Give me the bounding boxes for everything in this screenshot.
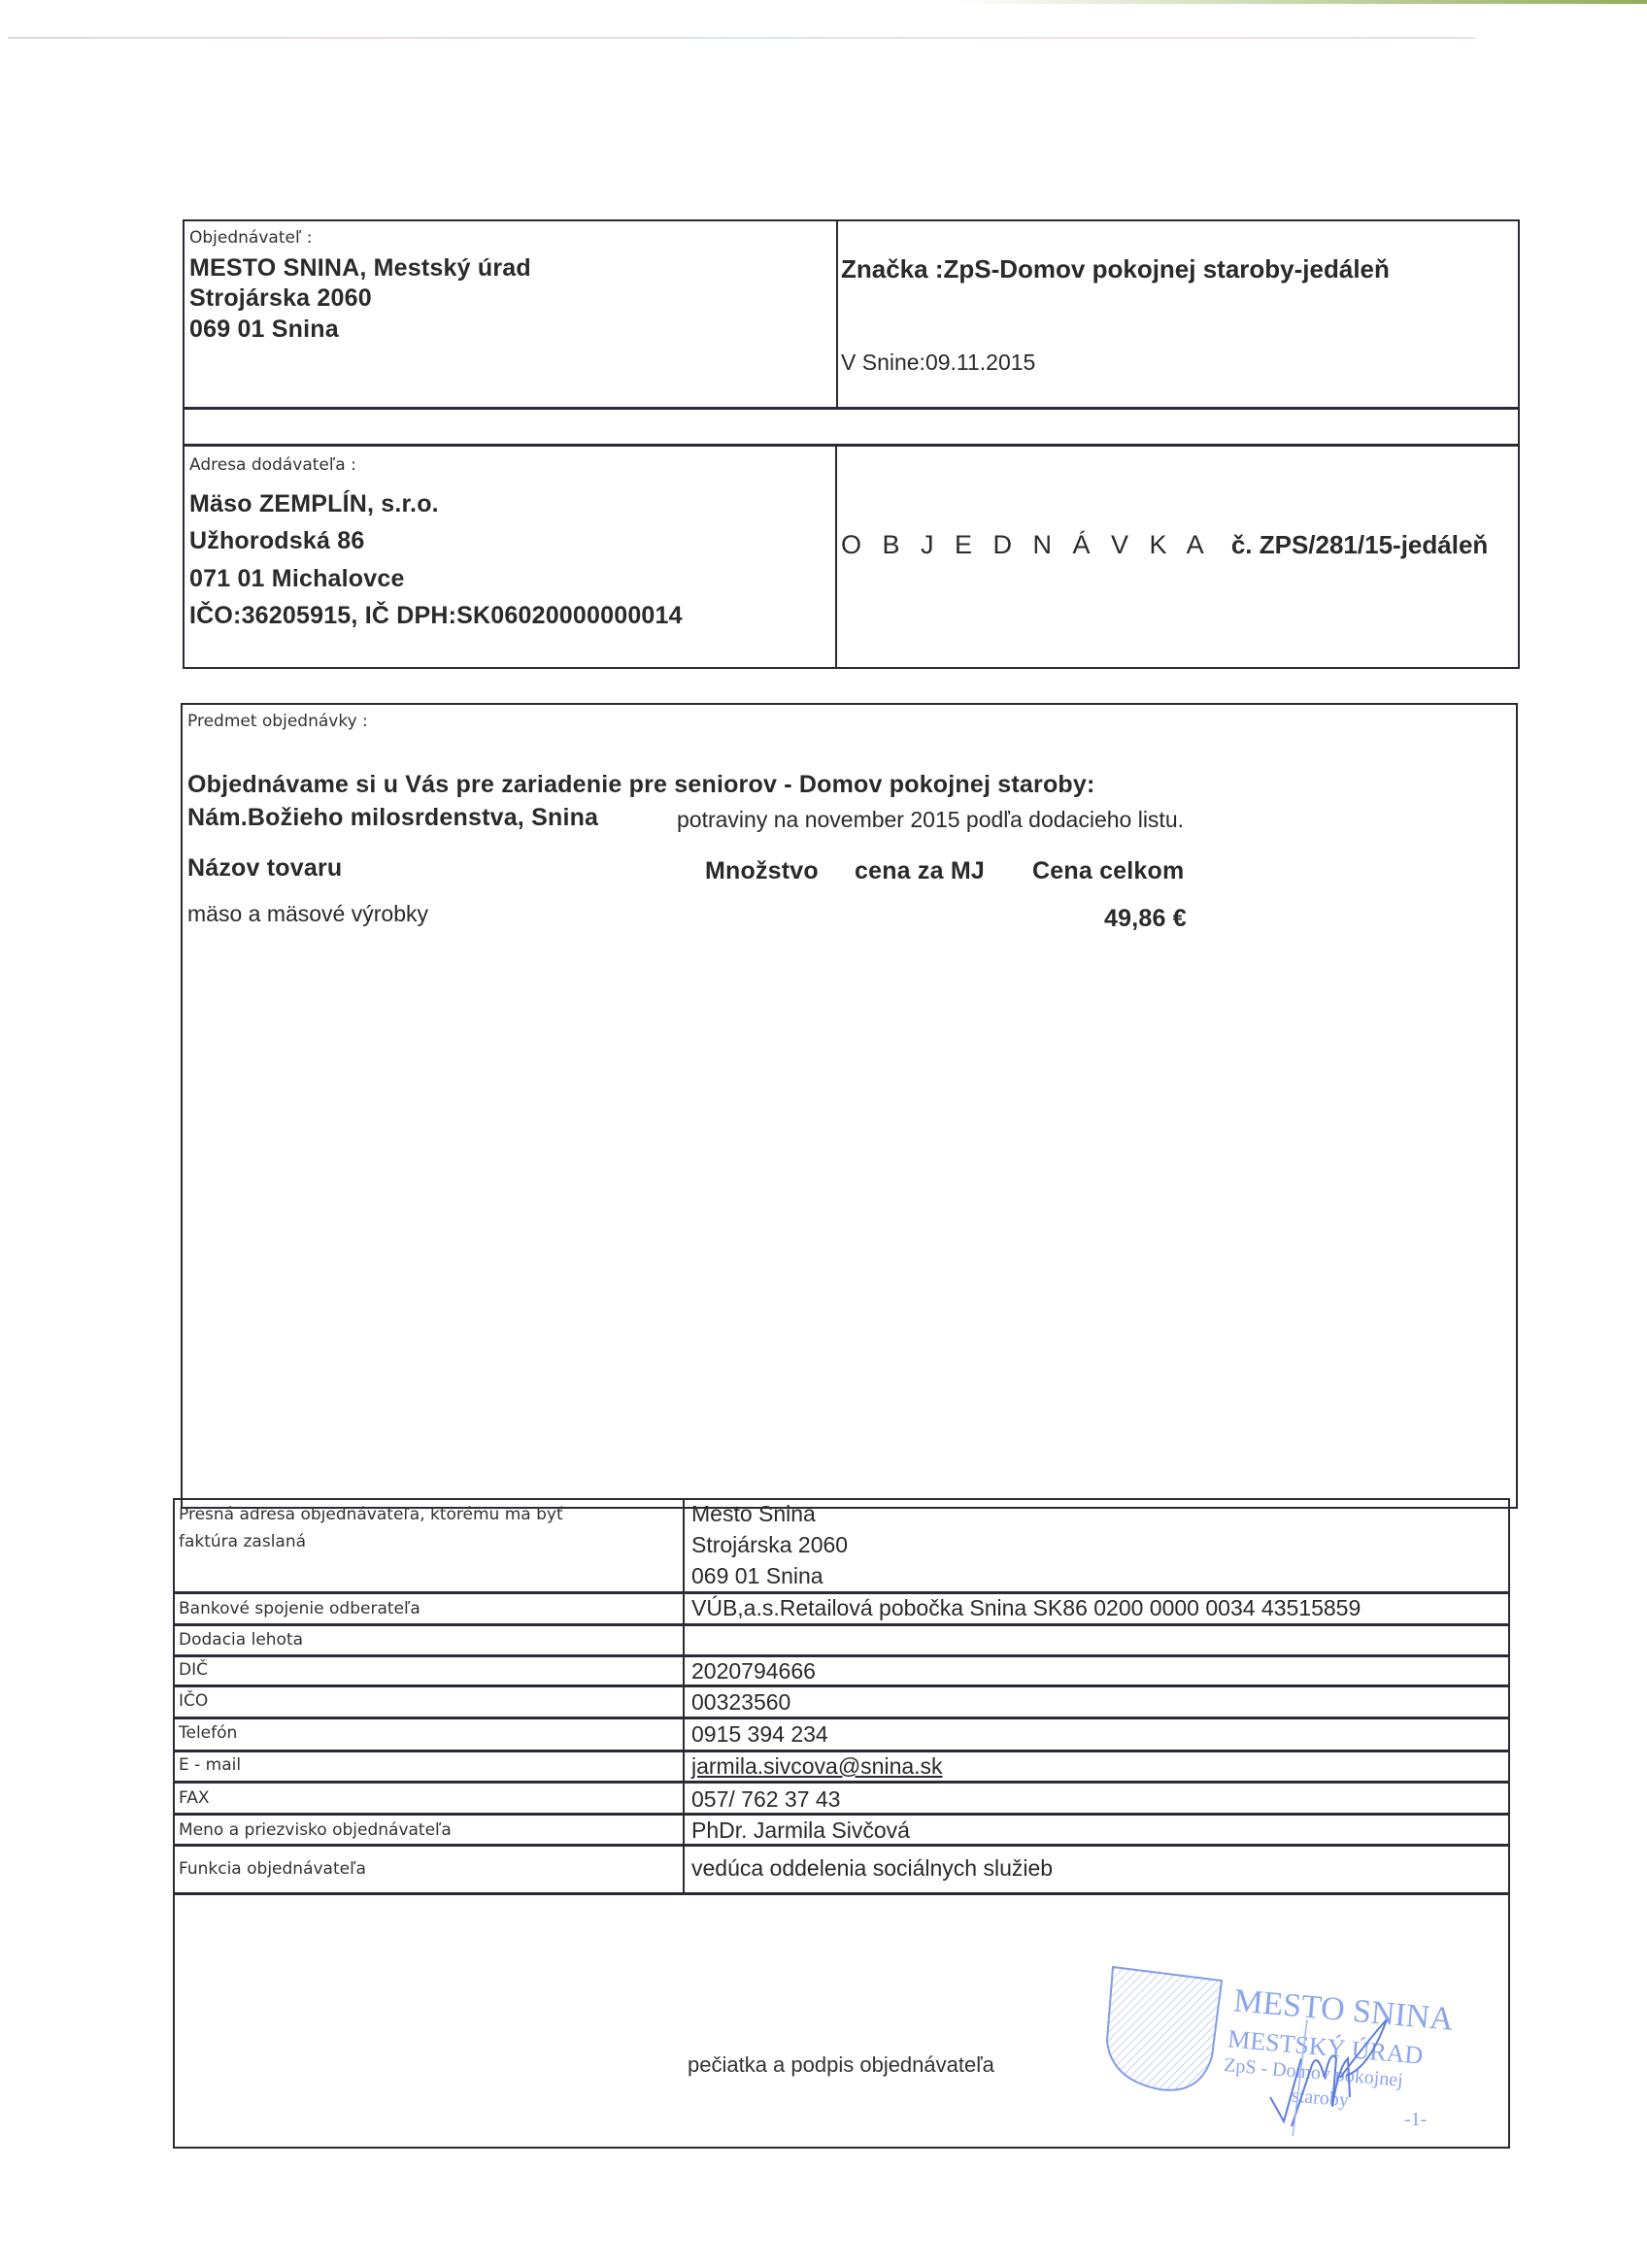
email-link[interactable]: jarmila.sivcova@snina.sk — [691, 1753, 943, 1780]
invoice-address-label-cont: faktúra zaslaná — [179, 1532, 306, 1551]
orderer-person-label: Meno a priezvisko objednávateľa — [179, 1820, 452, 1840]
bank-value: VÚB,a.s.Retailová pobočka Snina SK86 020… — [691, 1595, 1361, 1621]
divider — [173, 1684, 1510, 1687]
dic-label: DIČ — [179, 1660, 208, 1680]
signature-caption: pečiatka a podpis objednávateľa — [688, 2052, 994, 2078]
invoice-address-label: Presná adresa objednávateľa, ktorému ma … — [179, 1505, 563, 1524]
phone-value: 0915 394 234 — [691, 1721, 828, 1748]
orderer-label: Objednávateľ : — [189, 228, 312, 248]
order-title: O B J E D N Á V K A č. ZPS/281/15-jedále… — [841, 530, 1488, 560]
fax-value: 057/ 762 37 43 — [691, 1786, 840, 1813]
column-total: Cena celkom — [1032, 857, 1184, 885]
delivery-term-label: Dodacia lehota — [179, 1630, 303, 1650]
divider — [836, 219, 838, 409]
item-name: mäso a mäsové výrobky — [187, 901, 428, 927]
divider — [683, 1498, 685, 1894]
orderer-person-value: PhDr. Jarmila Sivčová — [691, 1818, 910, 1844]
column-item: Názov tovaru — [187, 854, 342, 883]
divider — [173, 1591, 1510, 1594]
fax-label: FAX — [179, 1788, 210, 1808]
coat-of-arms-icon — [1103, 1963, 1229, 2099]
orderer-function-label: Funkcia objednávateľa — [179, 1859, 366, 1879]
divider — [173, 1781, 1510, 1784]
supplier-street: Užhorodská 86 — [189, 527, 364, 555]
orderer-street: Strojárska 2060 — [189, 284, 372, 313]
subject-description: potraviny na november 2015 podľa dodacie… — [677, 807, 1184, 833]
scan-artifact — [952, 0, 1647, 4]
phone-label: Telefón — [179, 1723, 237, 1743]
invoice-address-line2: Strojárska 2060 — [691, 1532, 848, 1558]
divider — [173, 1623, 1510, 1626]
item-total: 49,86 € — [1104, 905, 1187, 933]
column-unit-price: cena za MJ — [855, 857, 985, 885]
orderer-name: MESTO SNINA, Mestský úrad — [189, 254, 531, 283]
column-quantity: Množstvo — [705, 857, 819, 885]
divider — [173, 1844, 1510, 1847]
order-mark: Značka :ZpS-Domov pokojnej staroby-jedál… — [841, 254, 1390, 284]
subject-intro: Objednávame si u Vás pre zariadenie pre … — [187, 771, 1095, 799]
official-stamp: MESTO SNINA MESTSKÝ ÚRAD ZpS - Domov pok… — [1097, 1942, 1466, 2155]
supplier-city: 071 01 Michalovce — [189, 565, 405, 593]
place-date: V Snine:09.11.2015 — [841, 350, 1035, 376]
ico-label: IČO — [179, 1691, 208, 1711]
orderer-city: 069 01 Snina — [189, 316, 339, 344]
email-label: E - mail — [179, 1755, 241, 1775]
divider — [173, 1717, 1510, 1719]
divider — [183, 407, 1520, 410]
subject-location: Nám.Božieho milosrdenstva, Snina — [187, 804, 598, 832]
divider — [173, 1892, 1510, 1895]
signature-icon — [1224, 1961, 1418, 2136]
scan-artifact-line — [8, 37, 1476, 39]
order-title-text: O B J E D N Á V K A — [841, 530, 1211, 559]
invoice-address-line3: 069 01 Snina — [691, 1563, 823, 1589]
subject-label: Predmet objednávky : — [187, 712, 368, 731]
supplier-label: Adresa dodávateľa : — [189, 455, 356, 475]
bank-label: Bankové spojenie odberateľa — [179, 1599, 420, 1618]
ico-value: 00323560 — [691, 1689, 790, 1716]
divider — [173, 1813, 1510, 1816]
divider — [835, 445, 837, 668]
divider — [173, 1750, 1510, 1752]
divider — [173, 1654, 1510, 1657]
order-number: č. ZPS/281/15-jedáleň — [1231, 530, 1488, 559]
dic-value: 2020794666 — [691, 1658, 816, 1684]
supplier-ids: IČO:36205915, IČ DPH:SK06020000000014 — [189, 602, 683, 630]
invoice-address-line1: Mesto Snina — [691, 1501, 816, 1527]
divider — [183, 444, 1520, 447]
supplier-name: Mäso ZEMPLÍN, s.r.o. — [189, 490, 439, 518]
orderer-function-value: vedúca oddelenia sociálnych služieb — [691, 1855, 1053, 1882]
